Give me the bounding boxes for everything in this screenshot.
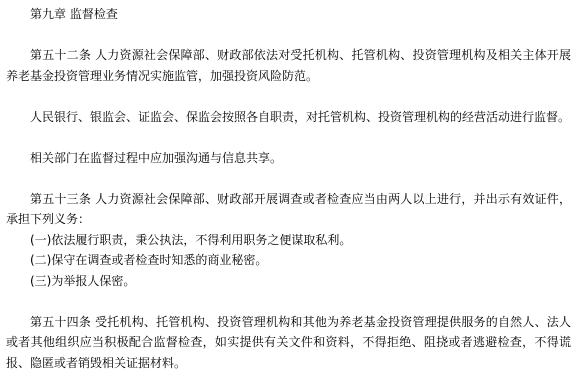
list-item-duty-1: (一)依法履行职责，秉公执法，不得利用职务之便谋取私利。 xyxy=(6,230,571,251)
list-item-duty-3: (三)为举报人保密。 xyxy=(6,271,571,292)
paragraph-information-sharing: 相关部门在监督过程中应加强沟通与信息共享。 xyxy=(6,148,571,169)
paragraph-article-52: 第五十二条 人力资源社会保障部、财政部依法对受托机构、托管机构、投资管理机构及相… xyxy=(6,45,571,86)
chapter-heading: 第九章 监督检查 xyxy=(6,4,571,25)
document-page: 第九章 监督检查 第五十二条 人力资源社会保障部、财政部依法对受托机构、托管机构… xyxy=(0,0,577,381)
paragraph-article-54: 第五十四条 受托机构、托管机构、投资管理机构和其他为养老基金投资管理提供服务的自… xyxy=(6,312,571,374)
list-item-duty-2: (二)保守在调查或者检查时知悉的商业秘密。 xyxy=(6,250,571,271)
paragraph-article-53: 第五十三条 人力资源社会保障部、财政部开展调查或者检查应当由两人以上进行，并出示… xyxy=(6,189,571,230)
paragraph-supervision-bodies: 人民银行、银监会、证监会、保监会按照各自职责，对托管机构、投资管理机构的经营活动… xyxy=(6,107,571,128)
